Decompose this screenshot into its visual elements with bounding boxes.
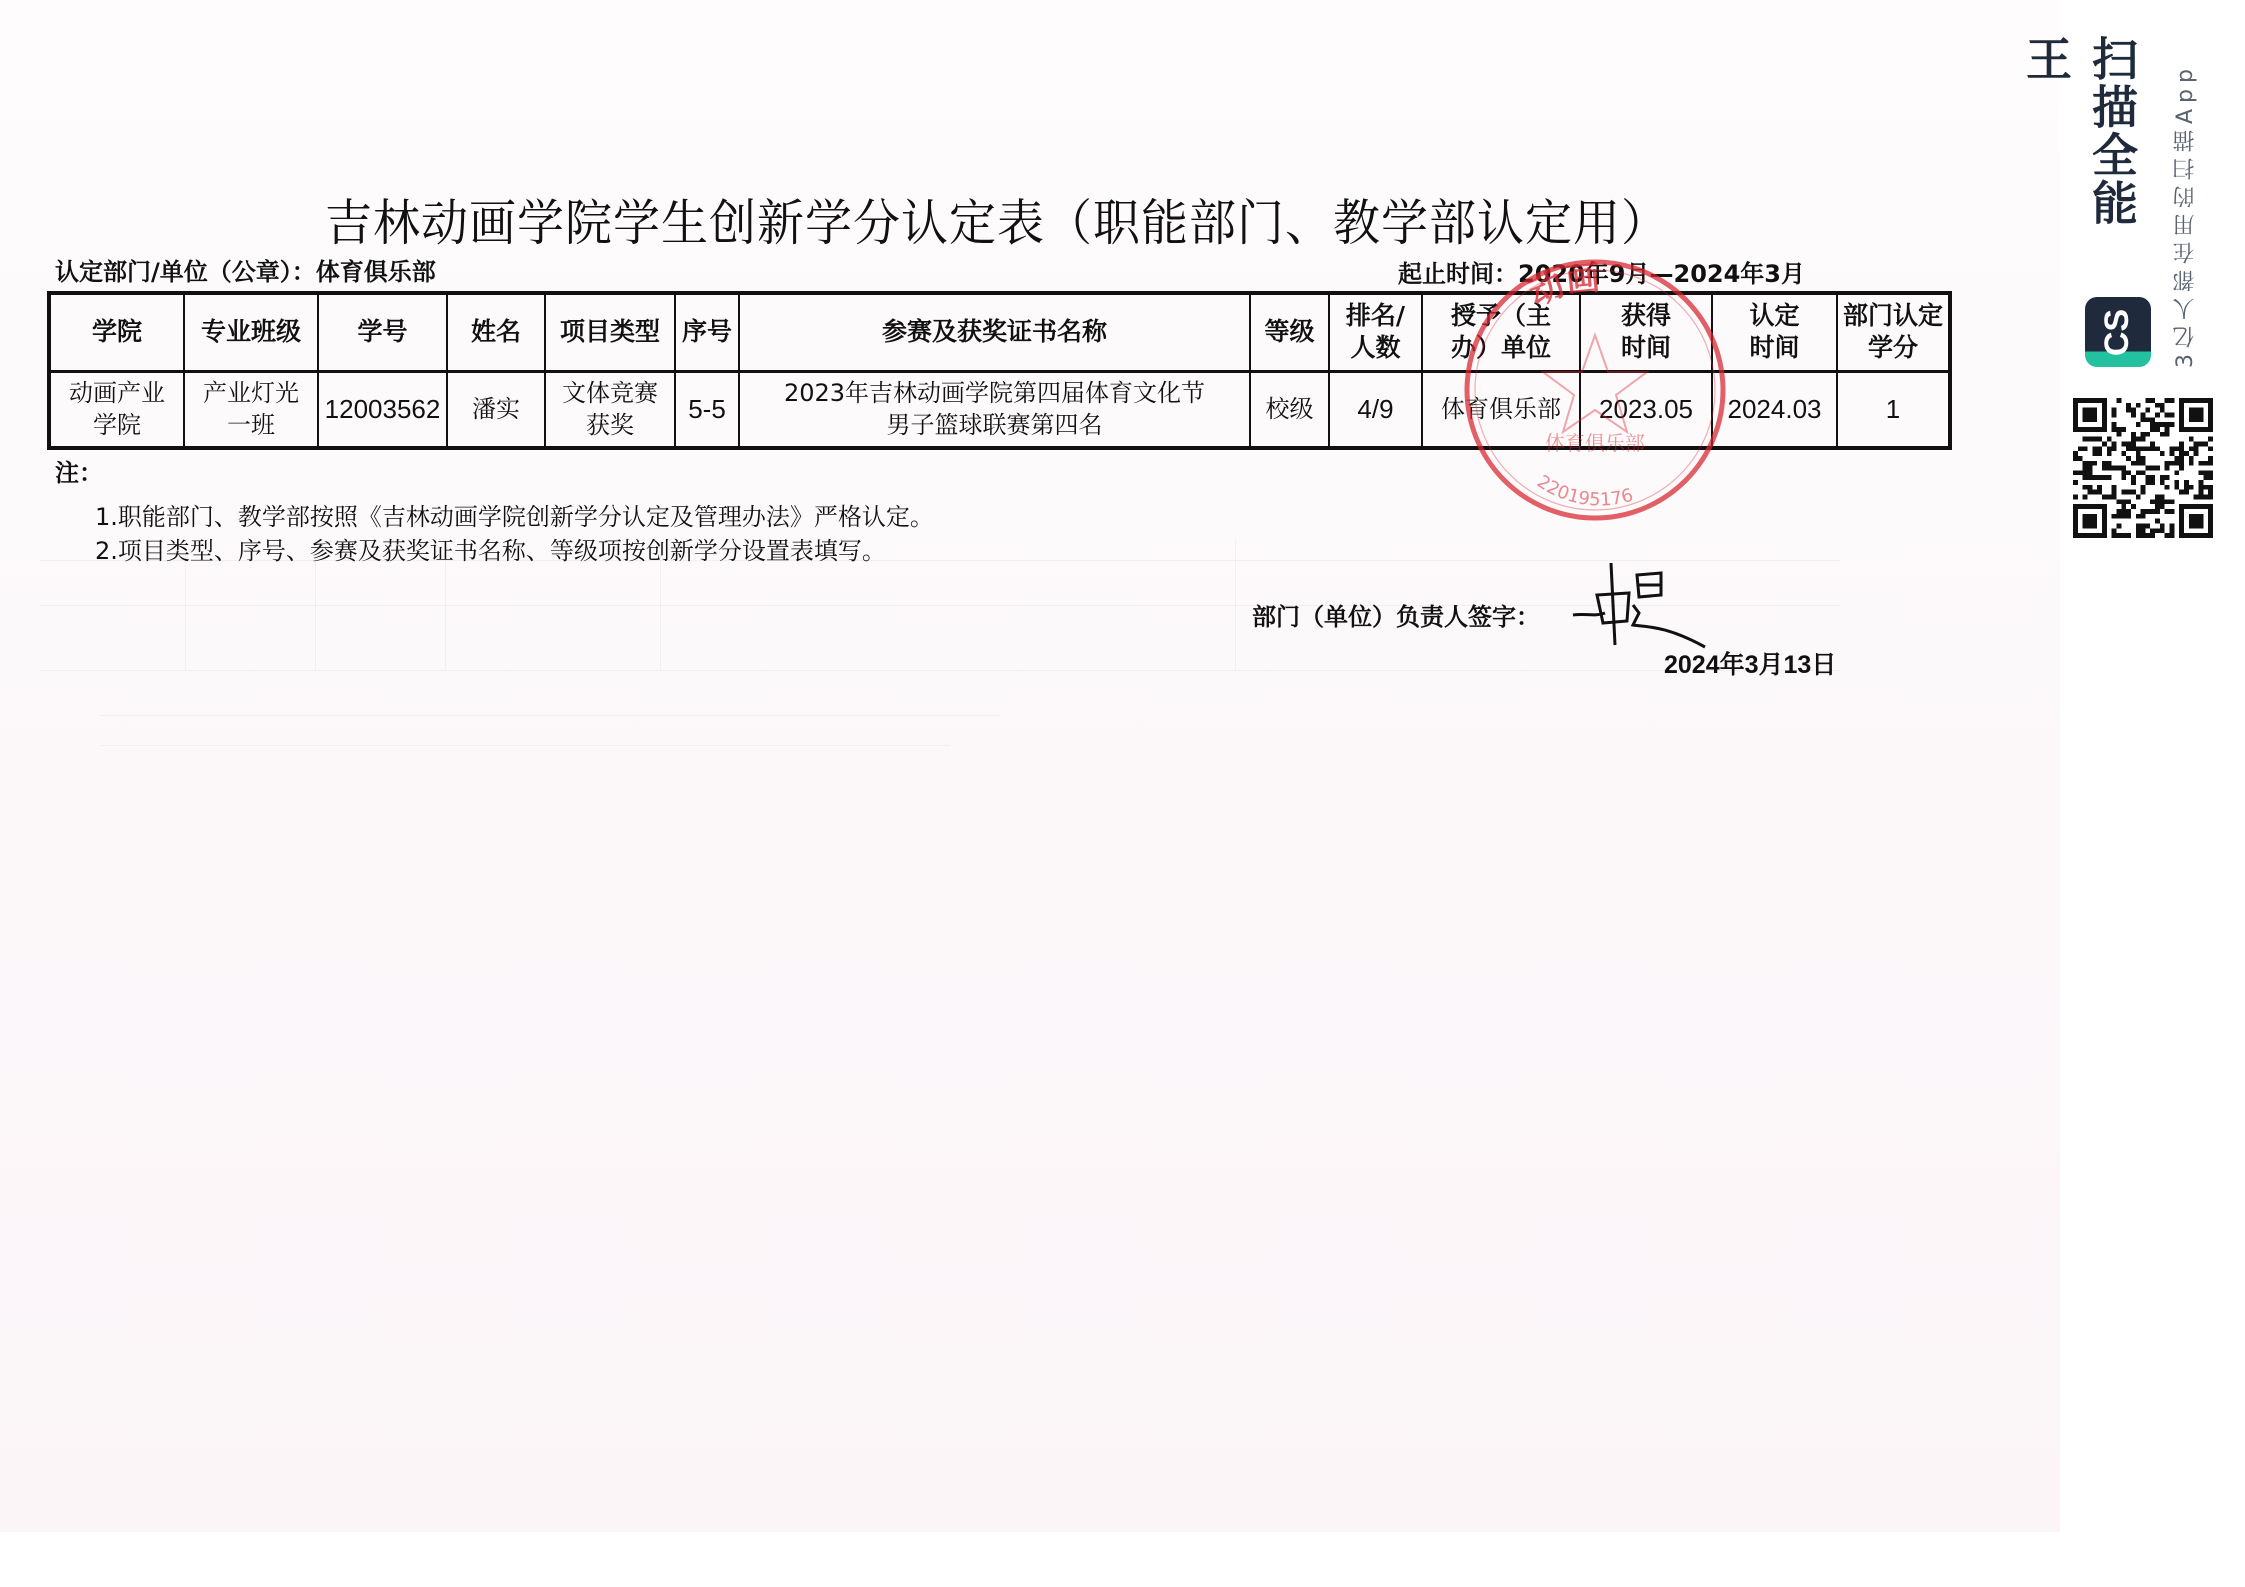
watermark-app-name: 扫描全能王 [2093,35,2145,265]
header-major-class: 专业班级 [184,293,318,371]
header-certificate: 参赛及获奖证书名称 [739,293,1250,371]
header-rank: 排名/人数 [1329,293,1422,371]
credit-table: 学院 专业班级 学号 姓名 项目类型 序号 参赛及获奖证书名称 等级 排名/人数… [47,291,1952,450]
signature-date: 2024年3月13日 [1664,645,1836,681]
cell-award-time: 2023.05 [1580,371,1712,448]
cell-project-type: 文体竞赛获奖 [545,371,675,448]
period-label: 起止时间：2020年9月—2024年3月 [1398,254,1805,289]
header-project-type: 项目类型 [545,293,675,371]
header-award-time: 获得时间 [1580,293,1712,371]
notes-section: 注： 1.职能部门、教学部按照《吉林动画学院创新学分认定及管理办法》严格认定。 … [55,453,934,568]
cell-student-id: 12003562 [318,371,447,448]
cell-recognition-time: 2024.03 [1712,371,1837,448]
handwritten-signature [1565,555,1715,655]
cell-major-class: 产业灯光一班 [184,371,318,448]
note-item-1: 1.职能部门、教学部按照《吉林动画学院创新学分认定及管理办法》严格认定。 [95,500,934,534]
cell-rank: 4/9 [1329,371,1422,448]
header-recognition-time: 认定时间 [1712,293,1837,371]
header-issuer: 授予（主办）单位 [1422,293,1580,371]
note-item-2: 2.项目类型、序号、参赛及获奖证书名称、等级项按创新学分设置表填写。 [95,534,934,568]
header-name: 姓名 [447,293,545,371]
cell-serial: 5-5 [675,371,739,448]
notes-label: 注： [55,453,934,488]
camscanner-logo-icon: CS [2085,297,2151,367]
cell-issuer: 体育俱乐部 [1422,371,1580,448]
header-student-id: 学号 [318,293,447,371]
document-title: 吉林动画学院学生创新学分认定表（职能部门、教学部认定用） [325,184,1705,254]
qr-code-icon [2073,398,2213,538]
cell-name: 潘实 [447,371,545,448]
header-college: 学院 [49,293,184,371]
header-credit: 部门认定学分 [1837,293,1950,371]
department-label: 认定部门/单位（公章）：体育俱乐部 [55,252,436,287]
header-level: 等级 [1250,293,1329,371]
table-header-row: 学院 专业班级 学号 姓名 项目类型 序号 参赛及获奖证书名称 等级 排名/人数… [49,293,1950,371]
cell-credit: 1 [1837,371,1950,448]
cell-certificate: 2023年吉林动画学院第四届体育文化节男子篮球联赛第四名 [739,371,1250,448]
cell-college: 动画产业学院 [49,371,184,448]
table-row: 动画产业学院 产业灯光一班 12003562 潘实 文体竞赛获奖 5-5 202… [49,371,1950,448]
watermark-tagline: 3亿人都在用的扫描App [2170,38,2200,368]
cell-level: 校级 [1250,371,1329,448]
signature-label: 部门（单位）负责人签字： [1252,597,1540,632]
header-serial: 序号 [675,293,739,371]
